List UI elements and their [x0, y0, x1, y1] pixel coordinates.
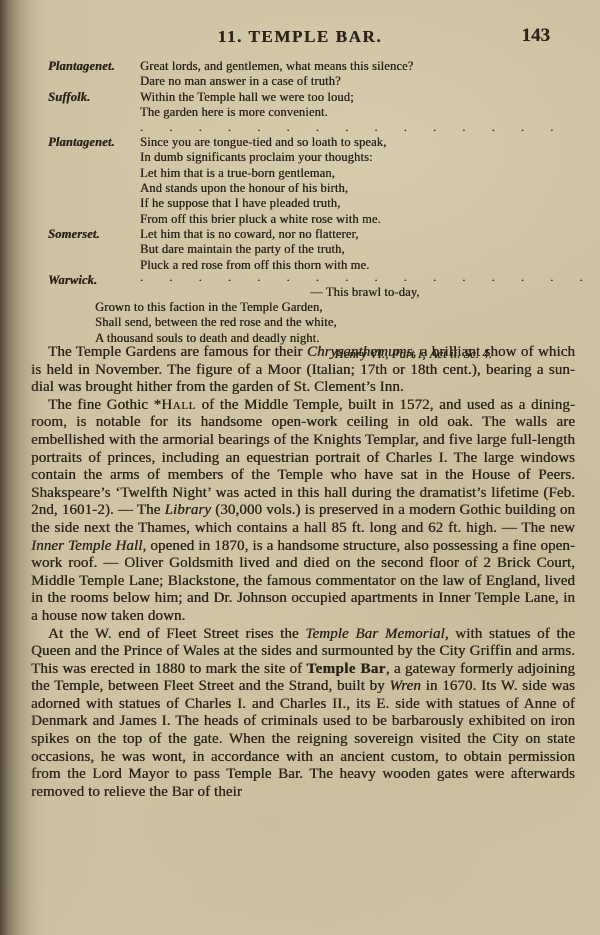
speaker-label: Plantagenet. [48, 59, 140, 90]
paragraph-temple-bar-memorial: At the W. end of Fleet Street rises the … [31, 626, 575, 802]
verse-line: In dumb significants proclaim your thoug… [140, 150, 580, 165]
verse-line: Shall send, between the red rose and the… [95, 315, 583, 330]
text-run-italic: Temple Bar Memorial [305, 626, 444, 642]
verse-line: Since you are tongue-tied and so loath t… [140, 135, 580, 150]
text-run-smallcaps: Hall [161, 397, 196, 413]
text-run: At the W. end of Fleet Street rises the [48, 626, 305, 642]
page-number: 143 [522, 25, 551, 47]
speech-suffolk: Suffolk. Within the Temple hall we were … [48, 90, 580, 121]
speech-somerset: Somerset. Let him that is no coward, nor… [48, 227, 580, 273]
verse-line: If he suppose that I have pleaded truth, [140, 196, 580, 211]
speech-lines: . . . . . . . . . . . . . . . . — This b… [140, 273, 583, 346]
text-run: The fine Gothic * [48, 397, 161, 413]
speech-plantagenet-1: Plantagenet. Great lords, and gentlemen,… [48, 59, 580, 90]
text-run: of the Middle Temple, built in 1572, and… [31, 397, 575, 519]
paragraph-temple-gardens: The Temple Gardens are famous for their … [31, 344, 575, 397]
text-run-bold: Temple Bar [306, 661, 385, 677]
verse-separator-dots: . . . . . . . . . . . . . . . . [140, 123, 580, 133]
verse-line: And stands upon the honour of his birth, [140, 181, 580, 196]
text-run: The Temple Gardens are famous for their [48, 344, 307, 360]
shakespeare-quote: Plantagenet. Great lords, and gentlemen,… [48, 59, 580, 362]
speech-plantagenet-2: Plantagenet. Since you are tongue-tied a… [48, 135, 580, 227]
text-run-italic: Chrysanthemums [307, 344, 413, 360]
speaker-label: Suffolk. [48, 90, 140, 121]
verse-line: Grown to this faction in the Temple Gard… [95, 300, 583, 315]
verse-line: Pluck a red rose from off this thorn wit… [140, 258, 580, 273]
verse-line: Dare no man answer in a case of truth? [140, 74, 580, 89]
main-text: The Temple Gardens are famous for their … [31, 344, 575, 801]
speech-lines: Let him that is no coward, nor no flatte… [140, 227, 580, 273]
text-run: in 1670. Its W. side was adorned with st… [31, 678, 575, 800]
text-run-italic: Library [164, 502, 211, 518]
verse-line: But dare maintain the party of the truth… [140, 242, 580, 257]
verse-line: — This brawl to-day, [140, 285, 583, 300]
chapter-title: 11. TEMPLE BAR. [0, 27, 600, 47]
verse-line: Let him that is no coward, nor no flatte… [140, 227, 580, 242]
verse-line: From off this brier pluck a white rose w… [140, 212, 580, 227]
speech-lines: Within the Temple hall we were too loud;… [140, 90, 580, 121]
speaker-label: Plantagenet. [48, 135, 140, 227]
speech-lines: Great lords, and gentlemen, what means t… [140, 59, 580, 90]
text-run-italic: Wren [389, 678, 421, 694]
verse-line: Let him that is a true-born gentleman, [140, 166, 580, 181]
speaker-label: Somerset. [48, 227, 140, 273]
verse-line: The garden here is more convenient. [140, 105, 580, 120]
verse-separator-dots: . . . . . . . . . . . . . . . . [140, 273, 583, 283]
paragraph-middle-temple-hall: The fine Gothic *Hall of the Middle Temp… [31, 397, 575, 626]
book-page: 11. TEMPLE BAR. 143 Plantagenet. Great l… [0, 0, 600, 935]
verse-line: Great lords, and gentlemen, what means t… [140, 59, 580, 74]
verse-line: Within the Temple hall we were too loud; [140, 90, 580, 105]
text-run-italic: Inner Temple Hall [31, 538, 142, 554]
speech-warwick: Warwick. . . . . . . . . . . . . . . . .… [48, 273, 580, 346]
speech-lines: Since you are tongue-tied and so loath t… [140, 135, 580, 227]
